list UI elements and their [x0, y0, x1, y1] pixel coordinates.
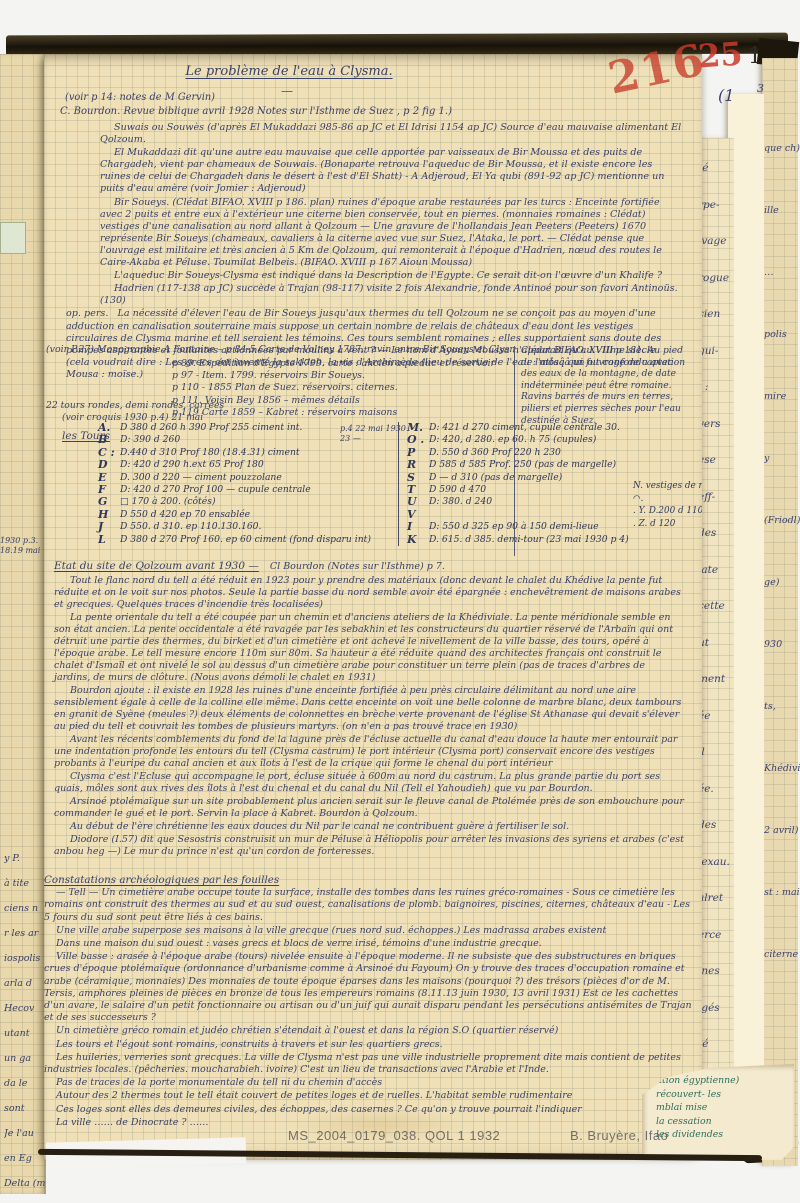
manuscript-paragraph: Au début de l'ère chrétienne les eaux do…	[54, 821, 684, 833]
tower-row: ID: 550 d 325 ep 90 à 150 demi-lieue	[407, 521, 633, 533]
tower-row: HD 550 d 420 ep 70 ensablée	[98, 509, 398, 521]
manuscript-paragraph: Une ville arabe superpose ses maisons à …	[44, 925, 696, 937]
edge-text-fragment: il	[698, 734, 734, 771]
green-text-line: mblai mise	[656, 1101, 788, 1115]
manuscript-paragraph: Ville basse : arasée à l'époque arabe (t…	[44, 951, 696, 1024]
edge-text-fragment: ut	[698, 625, 734, 662]
edge-text-fragment: ciens n	[4, 896, 46, 921]
next-page-green-text: ution égyptienne)récouvert- lesmblai mis…	[656, 1074, 788, 1142]
manuscript-page: Le problème de l'eau à Clysma. — (voir p…	[44, 54, 702, 1160]
towers-column-a: A.D 380 d 260 h 390 Prof 255 ciment int.…	[98, 422, 398, 546]
see-note: (voir p 14: notes de M Gervin)	[65, 92, 215, 103]
underlying-page-left-edge: y P.à titeciens nr les ariospolisarla dH…	[0, 54, 46, 1194]
tower-row: C :D.440 d 310 Prof 180 (18.4.31) ciment	[98, 447, 398, 459]
etat-heading-line: Etat du site de Qolzoum avant 1930 — Cl …	[54, 560, 684, 573]
edge-text-fragment: ge)	[764, 552, 800, 614]
watermark-credit: B. Bruyère, Ifao	[570, 1128, 668, 1143]
tower-row: SD — d 310 (pas de margelle)	[407, 472, 633, 484]
edge-text-fragment: té	[698, 150, 734, 187]
manuscript-paragraph: Hadrien (117-138 ap JC) succède à Trajan…	[100, 283, 682, 307]
manuscript-paragraph: Dans une maison du sud ouest : vases gre…	[44, 938, 696, 950]
tower-row: TD 590 d 470	[407, 484, 633, 496]
edge-text-fragment: utant	[4, 1021, 46, 1046]
edge-text-fragment: ese	[698, 442, 734, 479]
reference-line: p 110 - 1855 Plan de Suez. réservoirs. c…	[172, 382, 512, 394]
edge-text-fragment: y P.	[4, 846, 46, 871]
edge-text-fragment: ines	[698, 953, 734, 990]
cledat-margin-note: Clédat BIFAO. XVIII p 181. Au pied de l'…	[521, 346, 693, 427]
tower-extra-row: . Z. d 120	[633, 518, 702, 531]
manuscript-paragraph: — Tell — Un cimetière arabe occupe toute…	[44, 887, 696, 924]
manuscript-paragraph: Les huileries, verreries sont grecques. …	[44, 1052, 696, 1076]
corner-small-3: 3	[757, 82, 764, 95]
constatations-paragraphs: — Tell — Un cimetière arabe occupe toute…	[44, 887, 696, 1129]
intro-section: Suwais ou Souwès (d'après El Mukaddazi 9…	[100, 122, 682, 382]
edge-text-fragment: 930	[764, 614, 800, 676]
edge-text-fragment: y	[764, 428, 800, 490]
edge-text-fragment: que ch)	[764, 118, 800, 180]
tower-row: KD. 615. d 385. demi-tour (23 mai 1930 p…	[407, 534, 633, 546]
edge-text-fragment: des	[698, 807, 734, 844]
right-edge-fragments-far: que ch)ille…polismirey(Friodl)ge)930ts,K…	[764, 118, 800, 986]
edge-text-fragment: Khédiviale)	[764, 738, 800, 800]
edge-text-fragment: ment	[698, 661, 734, 698]
tower-row: V	[407, 509, 633, 521]
edge-text-fragment: igés	[698, 990, 734, 1027]
edge-text-fragment: mire	[764, 366, 800, 428]
edge-text-fragment: ée	[698, 698, 734, 735]
manuscript-paragraph: Arsinoé ptolémaïque sur un site probable…	[54, 796, 684, 820]
tower-row: DD: 420 d 290 h.ext 65 Prof 180	[98, 459, 398, 471]
left-edge-fragments: y P.à titeciens nr les ariospolisarla dH…	[4, 846, 46, 1196]
edge-text-fragment: iospolis	[4, 946, 46, 971]
edge-text-fragment: 2 avril)	[764, 800, 800, 862]
corner-paren-mark: (1	[718, 86, 734, 105]
title-dash: —	[272, 84, 302, 98]
edge-text-fragment: gui-	[698, 333, 734, 370]
edge-text-fragment: Hecov	[4, 996, 46, 1021]
note-line: 22 tours rondes, demi rondes, carrées	[46, 400, 246, 412]
edge-text-fragment: té	[698, 1026, 734, 1063]
manuscript-paragraph: Un cimetière gréco romain et judéo chrét…	[44, 1025, 696, 1037]
edge-text-fragment: r les ar	[4, 921, 46, 946]
edge-text-fragment: sont	[4, 1096, 46, 1121]
tower-row: M.D: 421 d 270 ciment, cupule centrale 3…	[407, 422, 633, 434]
fontaine-monograph-lead: (voir P.27) Monographie A Fontaine – p 8…	[46, 344, 516, 355]
reference-line: p 89. Expédition d'Egypte 1799. carte : …	[172, 358, 512, 370]
edge-text-fragment: …	[764, 242, 800, 304]
tower-row: PD. 550 d 360 Prof 220 h 230	[407, 447, 633, 459]
edge-text-fragment: - :	[698, 369, 734, 406]
tower-extra-row: N. vestiges de margelle ◠.	[633, 480, 702, 505]
edge-text-fragment: cette	[698, 588, 734, 625]
red-page-number-25: 25	[697, 34, 744, 75]
manuscript-paragraph: Les tours et l'égout sont romains, const…	[44, 1039, 696, 1051]
edge-text-fragment: erce	[698, 917, 734, 954]
manuscript-paragraph: Suwais ou Souwès (d'après El Mukaddazi 9…	[100, 122, 682, 146]
manuscript-paragraph: Bir Soueys. (Clédat BIFAO. XVIII p 186. …	[100, 197, 682, 270]
manuscript-paragraph: Clysma c'est l'Ecluse qui accompagne le …	[54, 771, 684, 795]
edge-text-fragment: un ga	[4, 1046, 46, 1071]
manuscript-paragraph: Bourdon ajoute : il existe en 1928 les r…	[54, 685, 684, 733]
etat-paragraphs: Tout le flanc nord du tell a été réduit …	[54, 575, 684, 858]
manuscript-paragraph: Tout le flanc nord du tell a été réduit …	[54, 575, 684, 611]
reference-line: p 97 - Item. 1799. réservoirs Bir Soueys…	[172, 370, 512, 382]
constatations-heading: Constatations archéologiques par les fou…	[44, 874, 279, 886]
edge-text-fragment: rogue	[698, 260, 734, 297]
constatations-section: Constatations archéologiques par les fou…	[44, 874, 696, 1130]
edge-text-fragment: ille	[764, 180, 800, 242]
edge-text-fragment: alret	[698, 880, 734, 917]
op-pers-label: op. pers.	[66, 308, 108, 319]
edge-text-fragment: lexau.	[698, 844, 734, 881]
edge-text-fragment: ée.	[698, 771, 734, 808]
manuscript-paragraph: Autour des 2 thermes tout le tell était …	[44, 1090, 696, 1102]
tower-row: FD: 420 d 270 Prof 100 — cupule centrale	[98, 484, 398, 496]
etat-reference: Cl Bourdon (Notes sur l'Isthme) p 7.	[270, 561, 445, 572]
green-text-line: la cessation	[656, 1115, 788, 1129]
page-title: Le problème de l'eau à Clysma.	[174, 64, 404, 79]
tower-row: A.D 380 d 260 h 390 Prof 255 ciment int.	[98, 422, 398, 434]
edge-text-fragment: vers	[698, 406, 734, 443]
edge-text-fragment: arla d	[4, 971, 46, 996]
edge-text-fragment: cien	[698, 296, 734, 333]
edge-text-fragment: des	[698, 515, 734, 552]
tower-row: JD 550. d 310. ep 110.130.160.	[98, 521, 398, 533]
green-text-line: les dividendes	[656, 1128, 788, 1142]
edge-text-fragment: à tite	[4, 871, 46, 896]
edge-text-fragment: ts,	[764, 676, 800, 738]
edge-text-fragment: citerne et ses	[764, 924, 800, 986]
date-note-line: 1930 p.3.	[0, 536, 62, 546]
tower-row: RD 585 d 585 Prof. 250 (pas de margelle)	[407, 459, 633, 471]
intro-paragraphs: Suwais ou Souwès (d'après El Mukaddazi 9…	[100, 122, 682, 307]
source-reference: C. Bourdon. Revue biblique avril 1928 No…	[60, 106, 452, 117]
tower-row: BD: 390 d 260	[98, 434, 398, 446]
edge-text-fragment: eff-	[698, 479, 734, 516]
green-text-line: ution égyptienne)	[656, 1074, 788, 1088]
towers-extra-column: N. vestiges de margelle ◠.. Y. D.200 d 1…	[633, 422, 702, 546]
page-edge-strip-far: que ch)ille…polismirey(Friodl)ge)930ts,K…	[762, 58, 798, 1166]
manuscript-paragraph: Pas de traces de la porte monumentale du…	[44, 1077, 696, 1089]
edge-text-fragment: da le	[4, 1071, 46, 1096]
edge-text-fragment: Delta (m	[4, 1171, 46, 1196]
date-note-line: 18.19 mai	[0, 546, 62, 556]
edge-text-fragment: Je l'au	[4, 1121, 46, 1146]
green-text-line: récouvert- les	[656, 1088, 788, 1102]
etat-heading: Etat du site de Qolzoum avant 1930 —	[54, 560, 259, 572]
tower-row: G□ 170 à 200. (côtés)	[98, 496, 398, 508]
towers-column-b: M.D: 421 d 270 ciment, cupule centrale 3…	[398, 422, 633, 546]
manuscript-paragraph: L'aqueduc Bir Soueys-Clysma est indiqué …	[100, 270, 682, 282]
corner-number-1: 1	[748, 44, 762, 69]
towers-measurement-table: A.D 380 d 260 h 390 Prof 255 ciment int.…	[98, 422, 702, 546]
manuscript-paragraph: Diodore (I.57) dit que Sesostris constru…	[54, 834, 684, 858]
edge-text-fragment: polis	[764, 304, 800, 366]
tower-row: ED. 300 d 220 — ciment pouzzolane	[98, 472, 398, 484]
edge-text-fragment: late	[698, 552, 734, 589]
manuscript-paragraph: Avant les récents comblements du fond de…	[54, 734, 684, 770]
manuscript-paragraph: La pente orientale du tell a été coupée …	[54, 612, 684, 684]
tower-extra-row: . Y. D.200 d 110 prof 200	[633, 505, 702, 518]
edge-text-fragment: (Friodl)	[764, 490, 800, 552]
etat-du-site-section: Etat du site de Qolzoum avant 1930 — Cl …	[54, 560, 684, 859]
edge-text-fragment: st : maisons 11 mai	[764, 862, 800, 924]
tower-row: LD 380 d 270 Prof 160. ep 60 ciment (fon…	[98, 534, 398, 546]
scanned-notebook-page: que ch)ille…polismirey(Friodl)ge)930ts,K…	[0, 0, 800, 1203]
edge-text-fragment: ivage	[698, 223, 734, 260]
tower-row: UD: 380. d 240	[407, 496, 633, 508]
towers-date-note-l: 1930 p.3.18.19 mai	[0, 536, 62, 555]
watermark-id: MS_2004_0179_038. QOL 1 1932	[288, 1128, 500, 1143]
towers-count-note: 22 tours rondes, demi rondes, carrées(vo…	[46, 400, 246, 424]
constatations-heading-line: Constatations archéologiques par les fou…	[44, 874, 696, 887]
edge-text-fragment: rpe-	[698, 187, 734, 224]
tower-row: O .D: 420, d 280. ep 60. h 75 (cupules)	[407, 434, 633, 446]
green-ruled-page-corner	[0, 222, 26, 254]
manuscript-paragraph: El Mukaddazi dit qu'une autre eau mauvai…	[100, 147, 682, 195]
right-edge-fragments-near: térpe-ivagerogueciengui-- :verseseeff-de…	[698, 150, 734, 1099]
